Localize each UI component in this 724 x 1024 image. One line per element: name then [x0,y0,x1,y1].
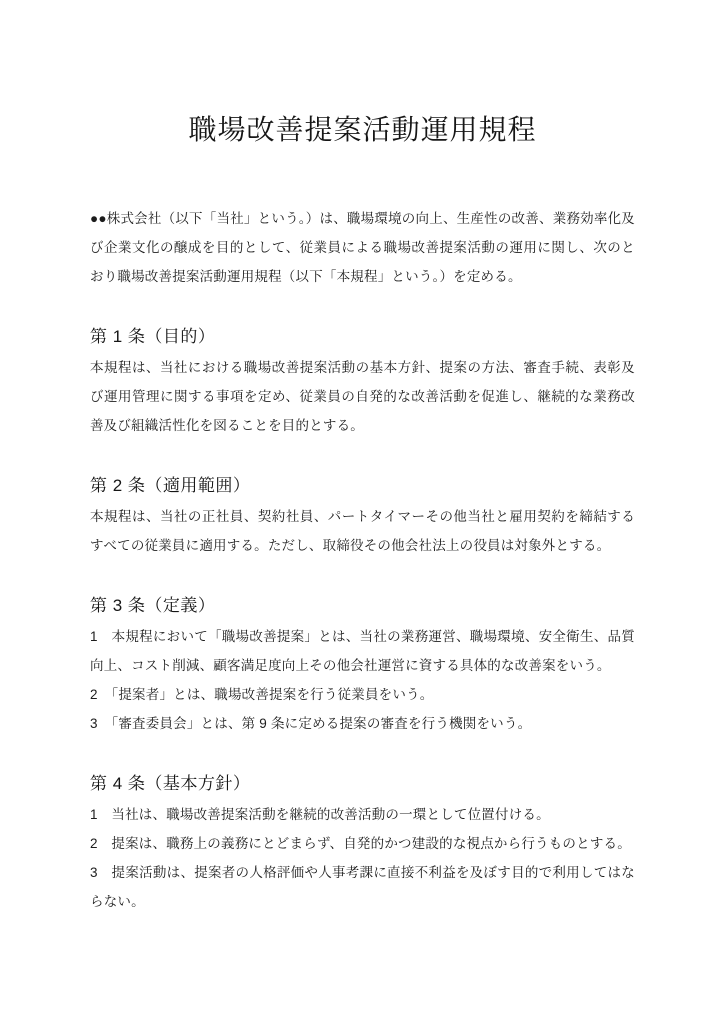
document-page: 職場改善提案活動運用規程 ●●株式会社（以下「当社」という。）は、職場環境の向上… [0,0,724,1024]
article-4-items: 1 当社は、職場改善提案活動を継続的改善活動の一環として位置付ける。 2 提案は… [90,800,635,916]
article-3-heading: 第 3 条（定義） [90,595,635,617]
article-1-heading: 第 1 条（目的） [90,326,635,348]
article-1-body: 本規程は、当社における職場改善提案活動の基本方針、提案の方法、審査手続、表彰及び… [90,353,635,440]
article-4-item-3: 3 提案活動は、提案者の人格評価や人事考課に直接不利益を及ぼす目的で利用してはな… [90,858,635,916]
document-title: 職場改善提案活動運用規程 [90,113,635,147]
article-3-items: 1 本規程において「職場改善提案」とは、当社の業務運営、職場環境、安全衛生、品質… [90,622,635,738]
intro-paragraph: ●●株式会社（以下「当社」という。）は、職場環境の向上、生産性の改善、業務効率化… [90,204,635,291]
article-1: 第 1 条（目的） 本規程は、当社における職場改善提案活動の基本方針、提案の方法… [90,326,635,440]
article-4-item-2: 2 提案は、職務上の義務にとどまらず、自発的かつ建設的な視点から行うものとする。 [90,829,635,858]
article-2: 第 2 条（適用範囲） 本規程は、当社の正社員、契約社員、パートタイマーその他当… [90,475,635,560]
article-2-heading: 第 2 条（適用範囲） [90,475,635,497]
article-3-item-3: 3 「審査委員会」とは、第 9 条に定める提案の審査を行う機関をいう。 [90,709,635,738]
article-4-heading: 第 4 条（基本方針） [90,773,635,795]
article-3-item-2: 2 「提案者」とは、職場改善提案を行う従業員をいう。 [90,680,635,709]
article-3: 第 3 条（定義） 1 本規程において「職場改善提案」とは、当社の業務運営、職場… [90,595,635,738]
article-4: 第 4 条（基本方針） 1 当社は、職場改善提案活動を継続的改善活動の一環として… [90,773,635,916]
article-2-body: 本規程は、当社の正社員、契約社員、パートタイマーその他当社と雇用契約を締結するす… [90,502,635,560]
article-4-item-1: 1 当社は、職場改善提案活動を継続的改善活動の一環として位置付ける。 [90,800,635,829]
article-3-item-1: 1 本規程において「職場改善提案」とは、当社の業務運営、職場環境、安全衛生、品質… [90,622,635,680]
